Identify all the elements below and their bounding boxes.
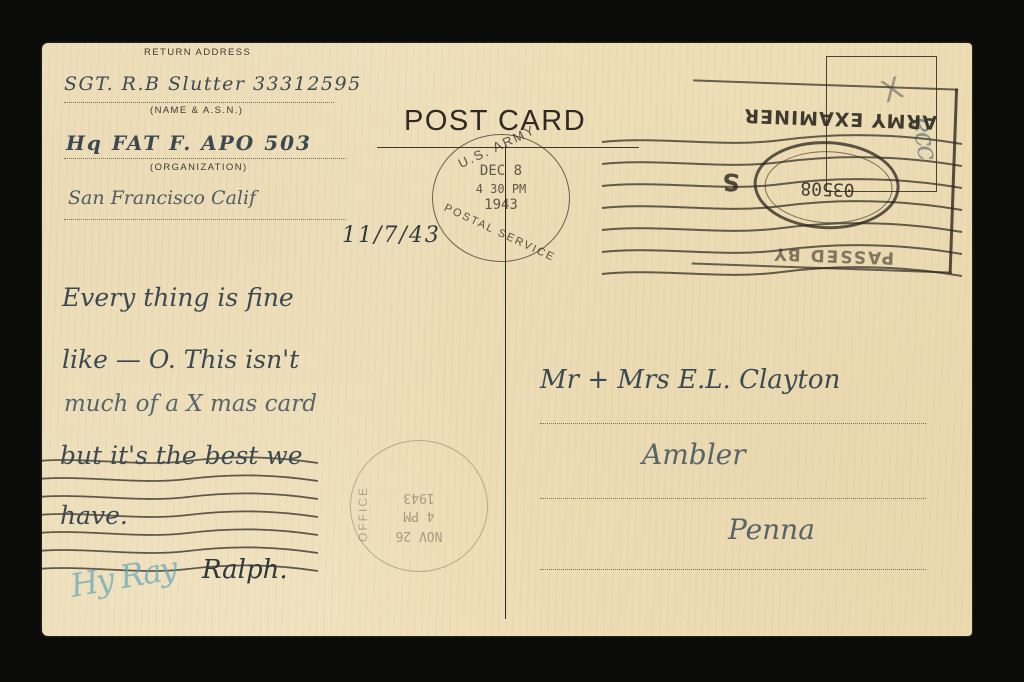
- postmark-date: DEC 8: [433, 163, 569, 179]
- return-organization: Hq FAT F. APO 503: [66, 131, 312, 155]
- message-line-5: have.: [60, 501, 128, 530]
- censor-army-examiner: ARMY EXAMINER: [743, 104, 937, 133]
- postmark-time: 4 30 PM: [433, 181, 569, 197]
- censor-number: 03508: [772, 176, 883, 201]
- signature: Ralph.: [202, 555, 288, 585]
- message-date: 11/7/43: [342, 223, 441, 248]
- offset-postmark-time: 4 PM: [351, 508, 487, 523]
- post-card-title: POST CARD: [404, 105, 586, 138]
- return-name: SGT. R.B Slutter 33312595: [64, 73, 362, 95]
- offset-postmark-ring-text: OFFICE: [356, 486, 370, 542]
- recipient-line-2-rule: [540, 498, 926, 499]
- recipient-state: Penna: [728, 513, 815, 546]
- recipient-town: Ambler: [642, 438, 746, 471]
- offset-postmark: NOV 26 4 PM 1943 OFFICE: [350, 440, 488, 572]
- message-line-4: but it's the best we: [60, 441, 303, 470]
- postcard-back: RETURN ADDRESS SGT. R.B Slutter 33312595…: [42, 43, 972, 636]
- return-address-heading: RETURN ADDRESS: [144, 47, 251, 58]
- return-city: San Francisco Calif: [68, 187, 256, 209]
- city-dotted-line: [64, 219, 346, 220]
- recipient-name: Mr + Mrs E.L. Clayton: [540, 365, 840, 395]
- army-examiner-censor-stamp: PASSED BY 03508 S ARMY EXAMINER: [687, 74, 958, 273]
- offset-postmark-year: 1943: [351, 490, 487, 505]
- us-army-postmark: U.S. ARMY DEC 8 4 30 PM 1943 POSTAL SERV…: [432, 134, 570, 262]
- name-asn-label: (NAME & A.S.N.): [150, 105, 243, 116]
- recipient-line-1-rule: [540, 423, 926, 424]
- organization-dotted-line: [64, 158, 346, 159]
- message-line-2: like — O. This isn't: [62, 345, 299, 374]
- name-dotted-line: [64, 102, 334, 103]
- recipient-line-3-rule: [540, 569, 926, 570]
- offset-postmark-date: NOV 26: [351, 528, 487, 543]
- censor-passed-by: PASSED BY: [772, 243, 894, 267]
- message-line-1: Every thing is fine: [62, 283, 294, 312]
- censor-letter: S: [722, 168, 740, 197]
- message-line-3: much of a X mas card: [64, 391, 317, 417]
- organization-label: (ORGANIZATION): [150, 162, 248, 173]
